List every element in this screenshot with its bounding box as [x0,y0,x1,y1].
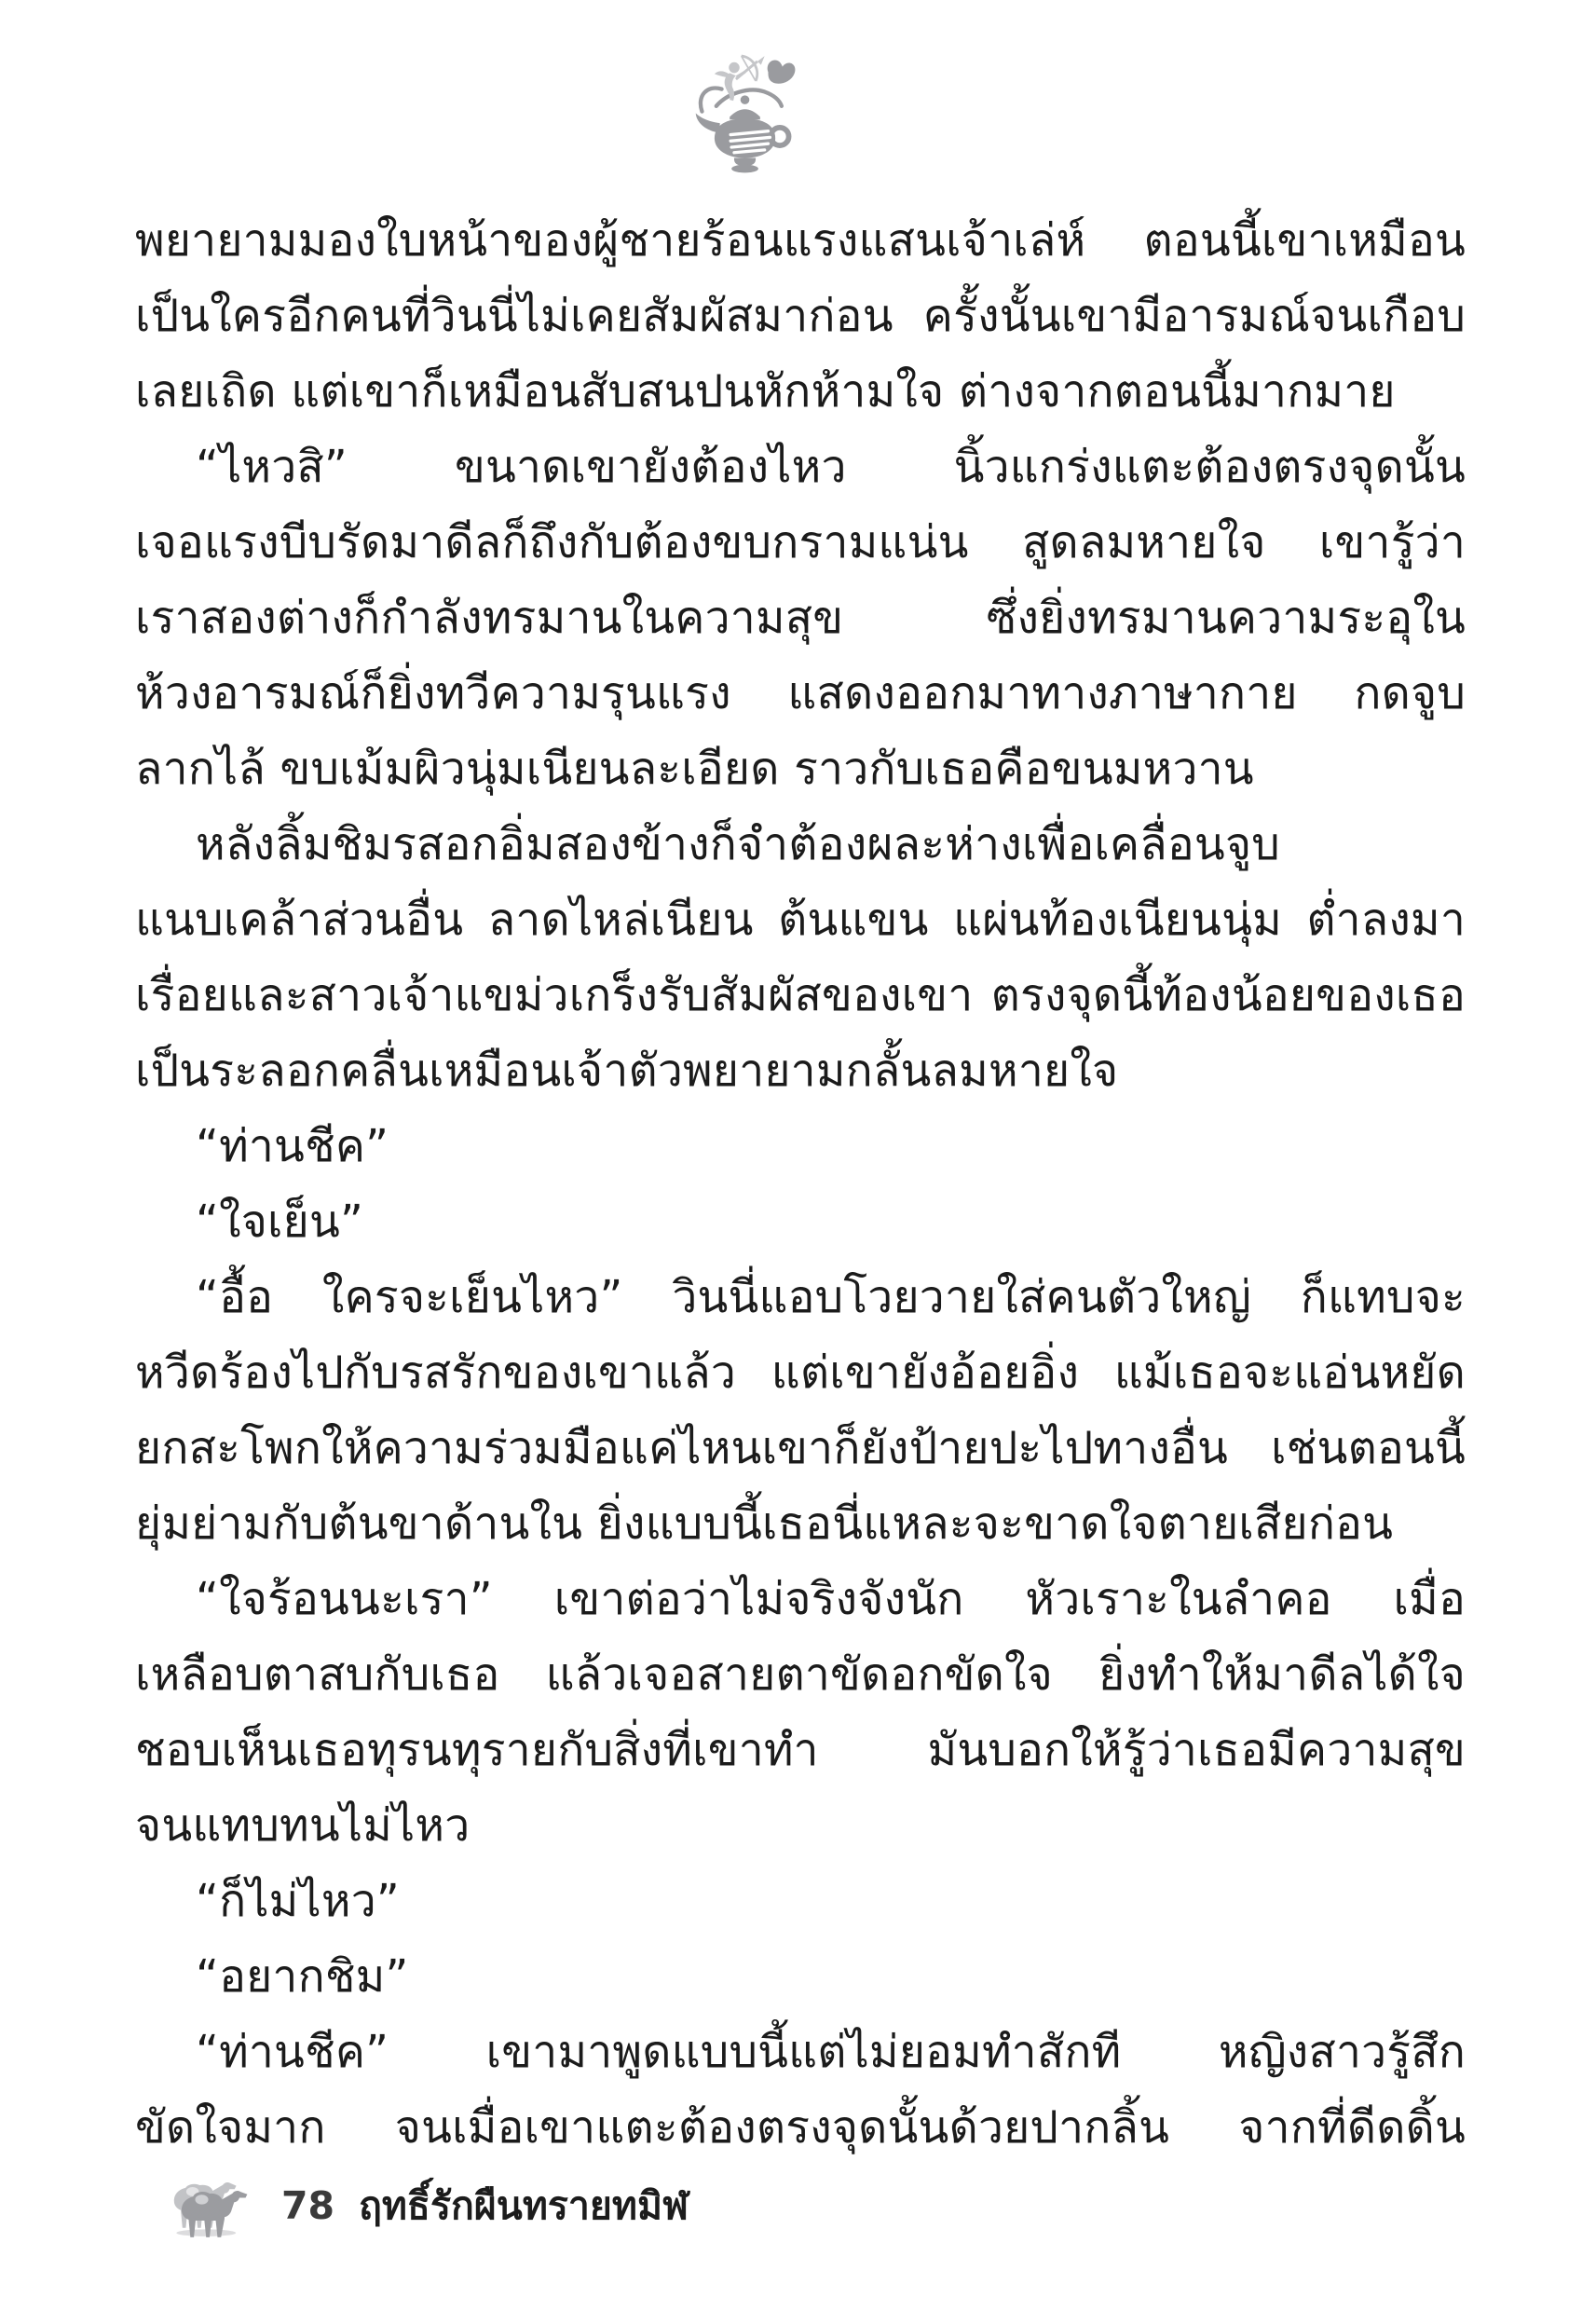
text-line: “ท่านชีค” เขามาพูดแบบนี้แต่ไม่ยอมทำสักที… [135,2015,1466,2090]
chapter-ornament [689,48,801,179]
camels-icon [166,2174,253,2237]
text-line: จนแทบทนไม่ไหว [135,1788,1466,1864]
text-line: เราสองต่างก็กำลังทรมานในความสุข ซึ่งยิ่ง… [135,581,1466,656]
text-line: เลยเถิด แต่เขาก็เหมือนสับสนปนหักห้ามใจ ต… [135,354,1466,430]
text-line: “ใจร้อนนะเรา” เขาต่อว่าไม่จริงจังนัก หัว… [135,1562,1466,1637]
text-line: ห้วงอารมณ์ก็ยิ่งทวีความรุนแรง แสดงออกมาท… [135,656,1466,732]
book-page: พยายามมองใบหน้าของผู้ชายร้อนแรงแสนเจ้าเล… [0,0,1596,2311]
page-number: 78 [281,2183,334,2228]
text-line: เจอแรงบีบรัดมาดีลก็ถึงกับต้องขบกรามแน่น … [135,505,1466,581]
text-line: พยายามมองใบหน้าของผู้ชายร้อนแรงแสนเจ้าเล… [135,203,1466,279]
text-block: พยายามมองใบหน้าของผู้ชายร้อนแรงแสนเจ้าเล… [135,203,1466,2166]
text-line: “ใจเย็น” [135,1184,1466,1260]
text-line: “อื้อ ใครจะเย็นไหว” วินนี่แอบโวยวายใส่คน… [135,1260,1466,1335]
text-line: ยกสะโพกให้ความร่วมมือแค่ไหนเขาก็ยังป้ายป… [135,1411,1466,1486]
text-line: “ท่านชีค” [135,1109,1466,1184]
text-line: เหลือบตาสบกับเธอ แล้วเจอสายตาขัดอกขัดใจ … [135,1637,1466,1713]
text-line: หลังลิ้มชิมรสอกอิ่มสองข้างก็จำต้องผละห่า… [135,807,1466,882]
text-line: “ไหวสิ” ขนาดเขายังต้องไหว นิ้วแกร่งแตะต้… [135,430,1466,505]
genie-lamp-icon [689,48,801,179]
text-line: แนบเคล้าส่วนอื่น ลาดไหล่เนียน ต้นแขน แผ่… [135,882,1466,958]
text-line: เป็นใครอีกคนที่วินนี่ไม่เคยสัมผัสมาก่อน … [135,279,1466,354]
text-line: หวีดร้องไปกับรสรักของเขาแล้ว แต่เขายังอ้… [135,1335,1466,1411]
page-footer: 78 ฤทธิ์รักผืนทรายทมิฬ [166,2171,1466,2240]
text-line: ขัดใจมาก จนเมื่อเขาแตะต้องตรงจุดนั้นด้วย… [135,2090,1466,2166]
text-line: “ก็ไม่ไหว” [135,1864,1466,1939]
text-line: “อยากชิม” [135,1939,1466,2015]
book-title: ฤทธิ์รักผืนทรายทมิฬ [359,2176,689,2236]
text-line: ชอบเห็นเธอทุรนทุรายกับสิ่งที่เขาทำ มันบอ… [135,1713,1466,1788]
heart-icon [768,61,796,84]
text-line: ยุ่มย่ามกับต้นขาด้านใน ยิ่งแบบนี้เธอนี่แ… [135,1486,1466,1562]
text-line: เรื่อยและสาวเจ้าแขม่วเกร็งรับสัมผัสของเข… [135,958,1466,1033]
text-line: ลากไล้ ขบเม้มผิวนุ่มเนียนละเอียด ราวกับเ… [135,732,1466,807]
text-line: เป็นระลอกคลื่นเหมือนเจ้าตัวพยายามกลั้นลม… [135,1033,1466,1109]
